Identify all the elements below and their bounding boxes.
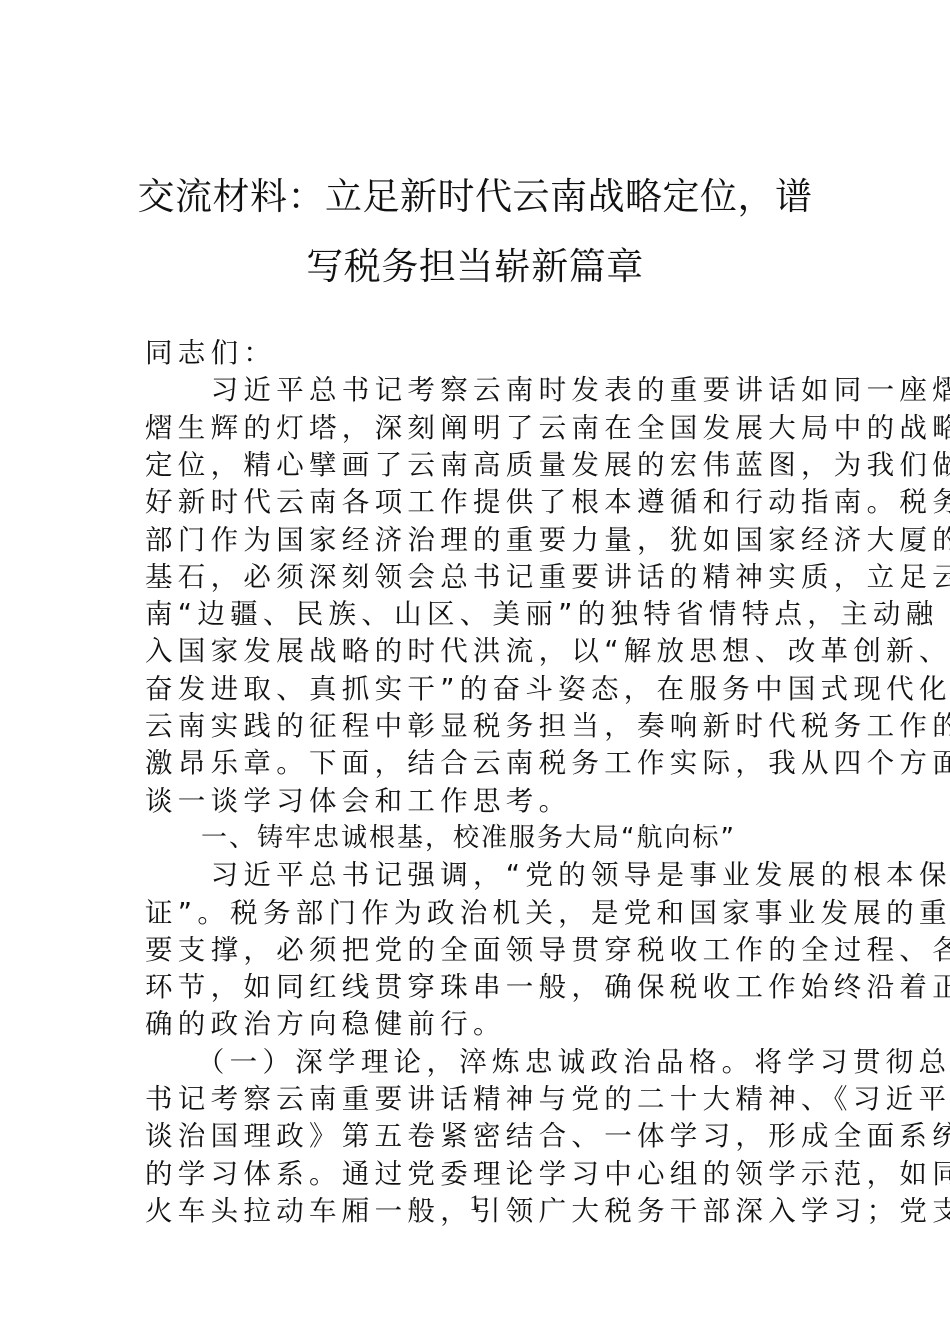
body-line: 确的政治方向稳健前行。 [145,1006,810,1042]
body-line: 谈一谈学习体会和工作思考。 [145,783,810,819]
body-line: 的学习体系。通过党委理论学习中心组的领学示范，如同 [145,1156,810,1192]
body-line: 要支撑，必须把党的全面领导贯穿税收工作的全过程、各 [145,932,810,968]
body-line: 环节，如同红线贯穿珠串一般，确保税收工作始终沿着正 [145,969,810,1005]
document-title-line-1: 交流材料：立足新时代云南战略定位，谱 [120,175,830,219]
section-heading: 一、铸牢忠诚根基，校准服务大局“航向标” [145,820,810,856]
body-line: 熠生辉的灯塔，深刻阐明了云南在全国发展大局中的战略 [145,410,810,446]
salutation: 同志们： [145,335,810,371]
body-line: 书记考察云南重要讲话精神与党的二十大精神、《习近平 [145,1081,810,1117]
body-line: 习近平总书记强调，“党的领导是事业发展的根本保 [145,857,810,893]
body-line: 入国家发展战略的时代洪流，以“解放思想、改革创新、 [145,633,810,669]
body-line: 谈治国理政》第五卷紧密结合、一体学习，形成全面系统 [145,1118,810,1154]
body-line: 证”。税务部门作为政治机关，是党和国家事业发展的重 [145,895,810,931]
document-page: 交流材料：立足新时代云南战略定位，谱 写税务担当崭新篇章 同志们： 习近平总书记… [0,0,950,1344]
subsection-line: （一）深学理论，淬炼忠诚政治品格。将学习贯彻总 [145,1044,810,1080]
body-line: 基石，必须深刻领会总书记重要讲话的精神实质，立足云 [145,559,810,595]
body-line: 激昂乐章。下面，结合云南税务工作实际，我从四个方面 [145,745,810,781]
document-title-line-2: 写税务担当崭新篇章 [120,245,830,289]
body-line: 习近平总书记考察云南时发表的重要讲话如同一座熠 [145,372,810,408]
body-line: 云南实践的征程中彰显税务担当，奏响新时代税务工作的 [145,708,810,744]
body-line: 好新时代云南各项工作提供了根本遵循和行动指南。税务 [145,484,810,520]
body-line: 部门作为国家经济治理的重要力量，犹如国家经济大厦的 [145,522,810,558]
body-line: 南“边疆、民族、山区、美丽”的独特省情特点，主动融 [145,596,810,632]
body-line: 奋发进取、真抓实干”的奋斗姿态，在服务中国式现代化 [145,671,810,707]
page-number: 1 [0,1190,950,1216]
body-line: 定位，精心擘画了云南高质量发展的宏伟蓝图，为我们做 [145,447,810,483]
